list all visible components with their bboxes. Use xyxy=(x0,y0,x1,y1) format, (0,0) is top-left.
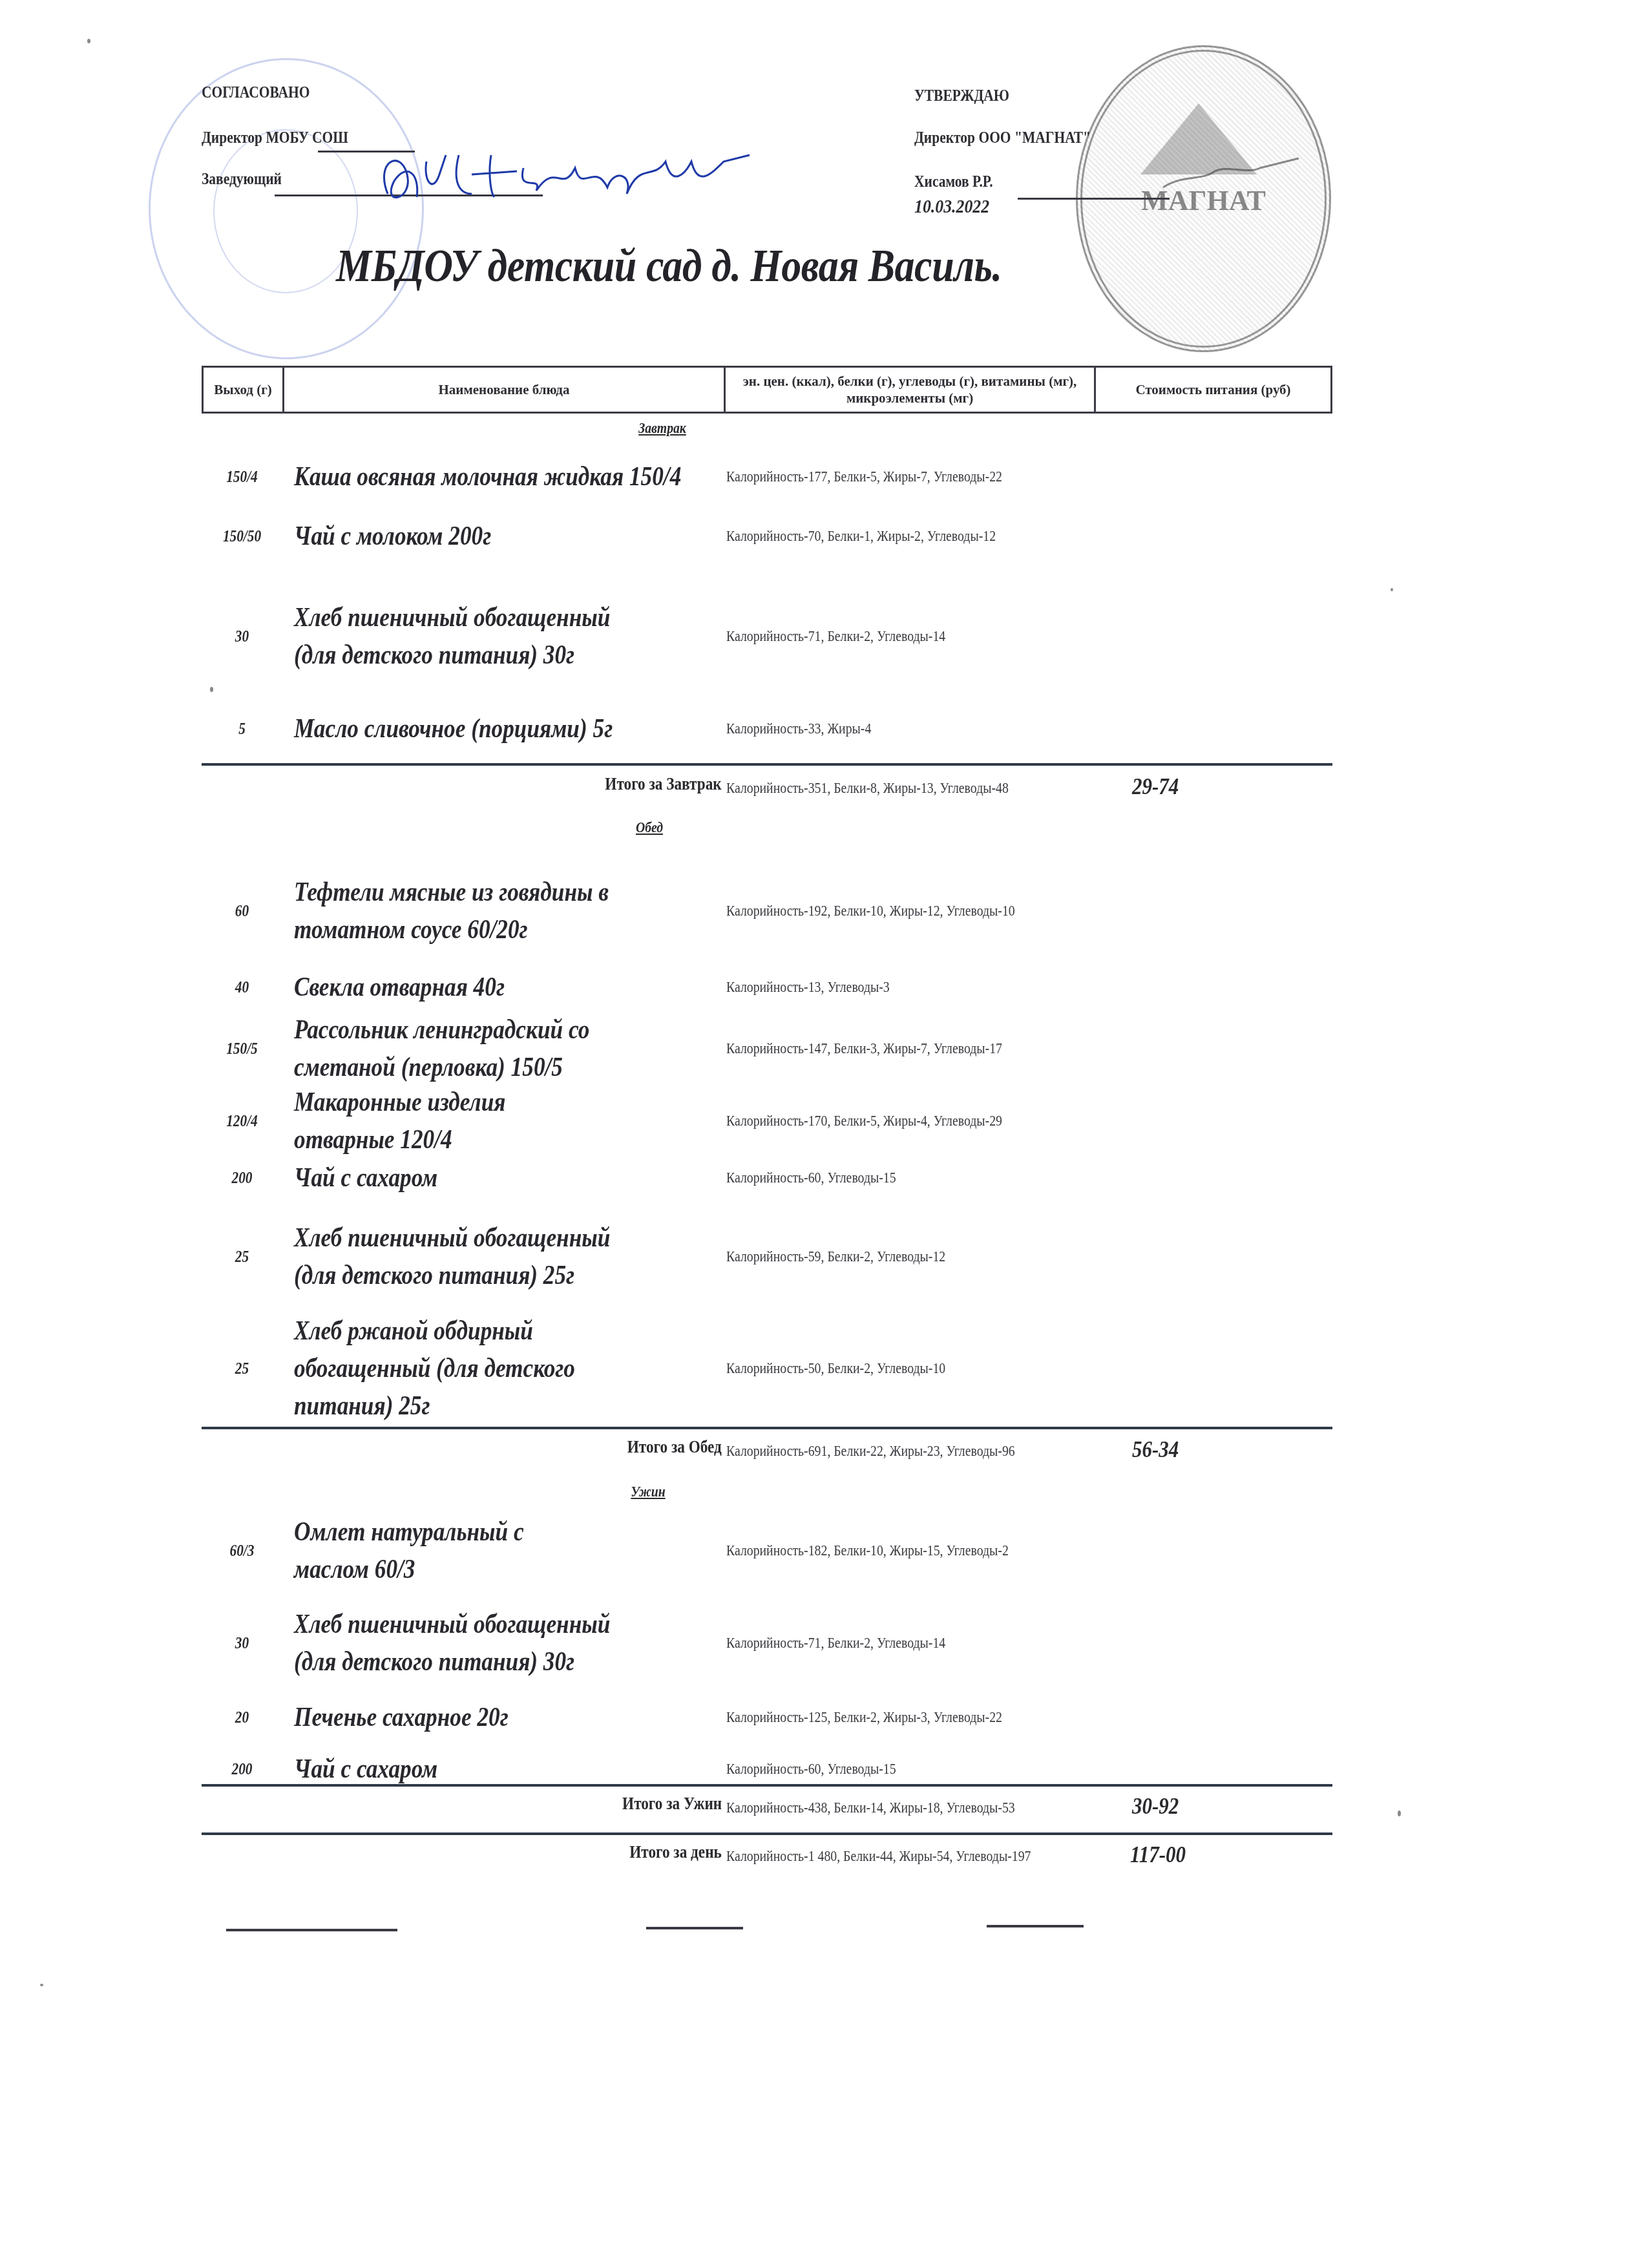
menu-row: 25 Хлеб ржаной обдирный обогащенный (для… xyxy=(202,1312,1332,1425)
dish-name: Тефтели мясные из говядины в томатном со… xyxy=(294,874,665,949)
dish-nutrition: Калорийность-71, Белки-2, Углеводы-14 xyxy=(726,1633,1038,1653)
column-header-cost: Стоимость питания (руб) xyxy=(1096,368,1330,412)
menu-row: 200 Чай с сахаром Калорийность-60, Углев… xyxy=(202,1160,1332,1195)
dish-name: Печенье сахарное 20г xyxy=(294,1699,708,1736)
total-cost: 56-34 xyxy=(1132,1436,1179,1463)
dish-yield: 60 xyxy=(209,901,275,921)
scan-speck xyxy=(1398,1811,1401,1816)
dish-yield: 40 xyxy=(209,978,275,997)
dish-yield: 25 xyxy=(209,1247,275,1266)
total-nutrition: Калорийность-691, Белки-22, Жиры-23, Угл… xyxy=(726,1442,1038,1461)
dish-yield: 60/3 xyxy=(209,1541,275,1560)
total-nutrition: Калорийность-438, Белки-14, Жиры-18, Угл… xyxy=(726,1798,1038,1818)
scan-speck xyxy=(210,687,213,692)
dish-name: Каша овсяная молочная жидкая 150/4 xyxy=(294,458,708,496)
page-title: МБДОУ детский сад д. Новая Василь. xyxy=(336,239,1002,293)
section-heading-lunch: Обед xyxy=(636,819,663,837)
approval-right-signature-line xyxy=(1018,198,1170,200)
menu-table-header: Выход (г) Наименование блюда эн. цен. (к… xyxy=(202,366,1332,414)
section-divider xyxy=(202,763,1332,766)
menu-row: 120/4 Макаронные изделия отварные 120/4 … xyxy=(202,1086,1332,1157)
scan-speck xyxy=(87,39,90,43)
dish-name: Хлеб пшеничный обогащенный (для детского… xyxy=(294,599,649,674)
menu-row: 20 Печенье сахарное 20г Калорийность-125… xyxy=(202,1699,1332,1735)
column-header-nutrition: эн. цен. (ккал), белки (г), углеводы (г)… xyxy=(726,368,1096,412)
menu-row: 150/50 Чай с молоком 200г Калорийность-7… xyxy=(202,517,1332,556)
signature-blank-line xyxy=(987,1925,1084,1927)
section-total-row: Итого за Ужин Калорийность-438, Белки-14… xyxy=(202,1789,1332,1827)
dish-name: Хлеб ржаной обдирный обогащенный (для де… xyxy=(294,1312,649,1425)
total-cost: 30-92 xyxy=(1132,1792,1179,1820)
approval-left-heading: СОГЛАСОВАНО xyxy=(202,84,310,102)
dish-yield: 30 xyxy=(209,627,275,646)
menu-row: 150/4 Каша овсяная молочная жидкая 150/4… xyxy=(202,446,1332,507)
menu-row: 40 Свекла отварная 40г Калорийность-13, … xyxy=(202,969,1332,1005)
day-total-cost: 117-00 xyxy=(1130,1841,1186,1868)
menu-row: 30 Хлеб пшеничный обогащенный (для детск… xyxy=(202,1586,1332,1699)
director-signature-icon xyxy=(1157,149,1305,200)
dish-nutrition: Калорийность-182, Белки-10, Жиры-15, Угл… xyxy=(726,1541,1038,1560)
section-divider xyxy=(202,1784,1332,1787)
dish-yield: 30 xyxy=(209,1633,275,1653)
dish-name: Рассольник ленинградский со сметаной (пе… xyxy=(294,1011,675,1086)
section-divider xyxy=(202,1427,1332,1429)
signature-blank-line xyxy=(226,1929,323,1931)
dish-name: Чай с молоком 200г xyxy=(294,518,708,555)
day-total-label: Итого за день xyxy=(629,1842,722,1862)
day-total-row: Итого за день Калорийность-1 480, Белки-… xyxy=(202,1837,1332,1876)
dish-name: Омлет натуральный с маслом 60/3 xyxy=(294,1513,591,1588)
section-heading-dinner: Ужин xyxy=(631,1484,665,1501)
dish-nutrition: Калорийность-50, Белки-2, Углеводы-10 xyxy=(726,1359,1038,1378)
dish-yield: 5 xyxy=(209,719,275,739)
dish-name: Хлеб пшеничный обогащенный (для детского… xyxy=(294,1219,649,1294)
dish-nutrition: Калорийность-13, Углеводы-3 xyxy=(726,978,1038,997)
section-heading-breakfast: Завтрак xyxy=(638,420,686,437)
dish-yield: 150/5 xyxy=(209,1039,275,1058)
menu-row: 25 Хлеб пшеничный обогащенный (для детск… xyxy=(202,1199,1332,1315)
menu-row: 60/3 Омлет натуральный с маслом 60/3 Кал… xyxy=(202,1515,1332,1586)
dish-yield: 25 xyxy=(209,1359,275,1378)
dish-yield: 20 xyxy=(209,1708,275,1727)
dish-name: Чай с сахаром xyxy=(294,1159,708,1197)
menu-row: 150/5 Рассольник ленинградский со сметан… xyxy=(202,1011,1332,1086)
dish-nutrition: Калорийность-147, Белки-3, Жиры-7, Углев… xyxy=(726,1039,1038,1058)
scan-speck xyxy=(1391,588,1393,591)
menu-row: 5 Масло сливочное (порциями) 5г Калорийн… xyxy=(202,698,1332,759)
dish-name: Хлеб пшеничный обогащенный (для детского… xyxy=(294,1606,649,1681)
day-total-divider xyxy=(202,1832,1332,1835)
column-header-dish-name: Наименование блюда xyxy=(284,368,726,412)
signature-blank-line xyxy=(646,1927,743,1929)
menu-row: 60 Тефтели мясные из говядины в томатном… xyxy=(202,853,1332,969)
dish-yield: 150/4 xyxy=(209,467,275,487)
dish-name: Чай с сахаром xyxy=(294,1750,708,1788)
signature-blank-line xyxy=(313,1929,397,1931)
dish-nutrition: Калорийность-192, Белки-10, Жиры-12, Угл… xyxy=(726,901,1038,921)
approval-right-position: Директор ООО "МАГНАТ" xyxy=(914,129,1091,147)
dish-yield: 150/50 xyxy=(209,527,275,546)
column-header-yield: Выход (г) xyxy=(204,368,284,412)
dish-yield: 200 xyxy=(209,1168,275,1188)
dish-nutrition: Калорийность-59, Белки-2, Углеводы-12 xyxy=(726,1247,1038,1266)
dish-yield: 120/4 xyxy=(209,1111,275,1131)
approval-right-heading: УТВЕРЖДАЮ xyxy=(914,87,1009,105)
dish-nutrition: Калорийность-177, Белки-5, Жиры-7, Углев… xyxy=(726,467,1038,487)
dish-nutrition: Калорийность-60, Углеводы-15 xyxy=(726,1759,1038,1779)
dish-name: Макаронные изделия отварные 120/4 xyxy=(294,1084,591,1159)
dish-nutrition: Калорийность-60, Углеводы-15 xyxy=(726,1168,1038,1188)
dish-yield: 200 xyxy=(209,1759,275,1779)
dish-name: Свекла отварная 40г xyxy=(294,969,708,1006)
approval-right-date: 10.03.2022 xyxy=(914,196,989,218)
total-label: Итого за Ужин xyxy=(622,1794,722,1814)
dish-name: Масло сливочное (порциями) 5г xyxy=(294,710,665,748)
total-label: Итого за Обед xyxy=(627,1437,722,1457)
dish-nutrition: Калорийность-33, Жиры-4 xyxy=(726,719,1038,739)
section-total-row: Итого за Завтрак Калорийность-351, Белки… xyxy=(202,769,1332,808)
menu-row: 200 Чай с сахаром Калорийность-60, Углев… xyxy=(202,1754,1332,1783)
approval-left-role: Заведующий xyxy=(202,171,282,189)
dish-nutrition: Калорийность-170, Белки-5, Жиры-4, Углев… xyxy=(726,1111,1038,1131)
total-nutrition: Калорийность-351, Белки-8, Жиры-13, Угле… xyxy=(726,779,1038,798)
menu-row: 30 Хлеб пшеничный обогащенный (для детск… xyxy=(202,578,1332,695)
approval-right-name: Хисамов Р.Р. xyxy=(914,173,993,191)
total-cost: 29-74 xyxy=(1132,773,1179,800)
dish-nutrition: Калорийность-70, Белки-1, Жиры-2, Углево… xyxy=(726,527,1038,546)
handwritten-signature-icon xyxy=(362,136,814,220)
total-label: Итого за Завтрак xyxy=(605,774,722,794)
approval-left-position: Директор МОБУ СОШ xyxy=(202,129,348,147)
dish-nutrition: Калорийность-71, Белки-2, Углеводы-14 xyxy=(726,627,1038,646)
day-total-nutrition: Калорийность-1 480, Белки-44, Жиры-54, У… xyxy=(726,1847,1038,1866)
section-total-row: Итого за Обед Калорийность-691, Белки-22… xyxy=(202,1432,1332,1471)
dish-nutrition: Калорийность-125, Белки-2, Жиры-3, Углев… xyxy=(726,1708,1038,1727)
scan-speck xyxy=(40,1984,43,1986)
